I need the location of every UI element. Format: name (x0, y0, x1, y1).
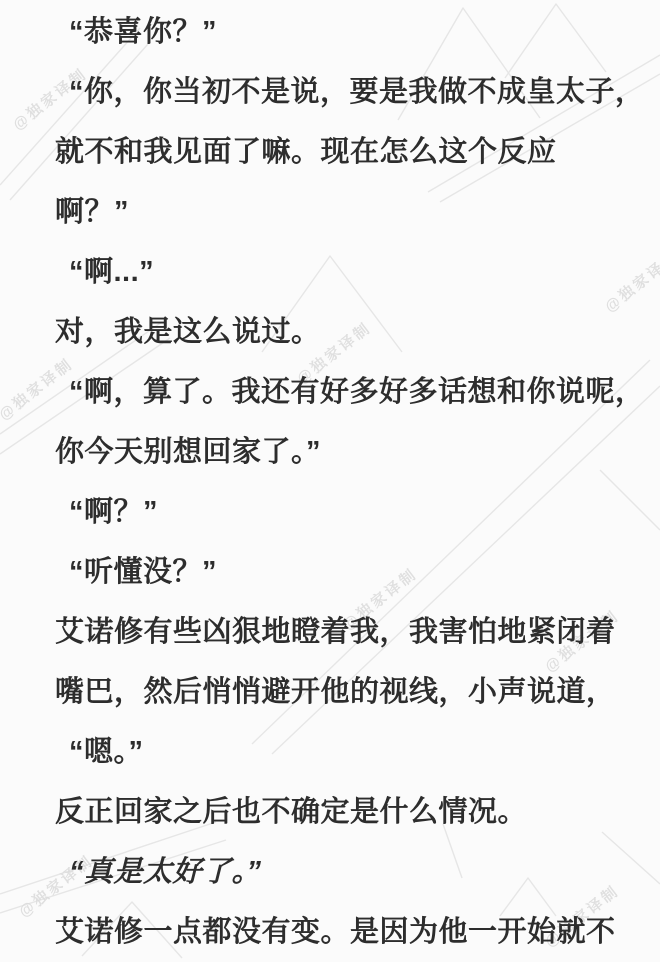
paragraph: 艾诺修有些凶狠地瞪着我，我害怕地紧闭着嘴巴，然后悄悄避开他的视线，小声说道，“嗯… (55, 602, 624, 782)
paragraph: “啊，算了。我还有好多好多话想和你说呢，你今天别想回家了。” (55, 362, 624, 482)
text-line: “听懂没？” (55, 542, 624, 602)
text-line: 反正回家之后也不确定是什么情况。 (55, 782, 624, 842)
text-line: “恭喜你？” (55, 2, 624, 62)
paragraph: “真是太好了。” (55, 842, 624, 902)
paragraph: “你，你当初不是说，要是我做不成皇太子，就不和我见面了嘛。现在怎么这个反应啊？” (55, 62, 624, 242)
paragraph: 对，我是这么说过。 (55, 302, 624, 362)
paragraph: 艾诺修一点都没有变。是因为他一开始就不 (55, 902, 624, 962)
text-line: 啊？” (55, 182, 624, 242)
text-line: 艾诺修有些凶狠地瞪着我，我害怕地紧闭着 (55, 602, 624, 662)
text-line: 对，我是这么说过。 (55, 302, 624, 362)
text-line: “啊？” (55, 482, 624, 542)
paragraph: “啊？” (55, 482, 624, 542)
paragraph: “恭喜你？” (55, 2, 624, 62)
text-line: 嘴巴，然后悄悄避开他的视线，小声说道， (55, 662, 624, 722)
paragraph: 反正回家之后也不确定是什么情况。 (55, 782, 624, 842)
novel-page: @独家译制 @独家译制 @独家译制 @独家译制 @独家译制 @独家译制 @独家译… (0, 0, 660, 962)
text-line: “啊，算了。我还有好多好多话想和你说呢， (55, 362, 624, 422)
text-line: 艾诺修一点都没有变。是因为他一开始就不 (55, 902, 624, 962)
text-line: “啊...” (55, 242, 624, 302)
text-line: 你今天别想回家了。” (55, 422, 624, 482)
paragraph: “啊...” (55, 242, 624, 302)
text-line: “嗯。” (55, 722, 624, 782)
text-line: “真是太好了。” (55, 842, 624, 902)
text-line: “你，你当初不是说，要是我做不成皇太子， (55, 62, 624, 122)
text-line: 就不和我见面了嘛。现在怎么这个反应 (55, 122, 624, 182)
novel-text: “恭喜你？”“你，你当初不是说，要是我做不成皇太子，就不和我见面了嘛。现在怎么这… (0, 0, 660, 962)
paragraph: “听懂没？” (55, 542, 624, 602)
